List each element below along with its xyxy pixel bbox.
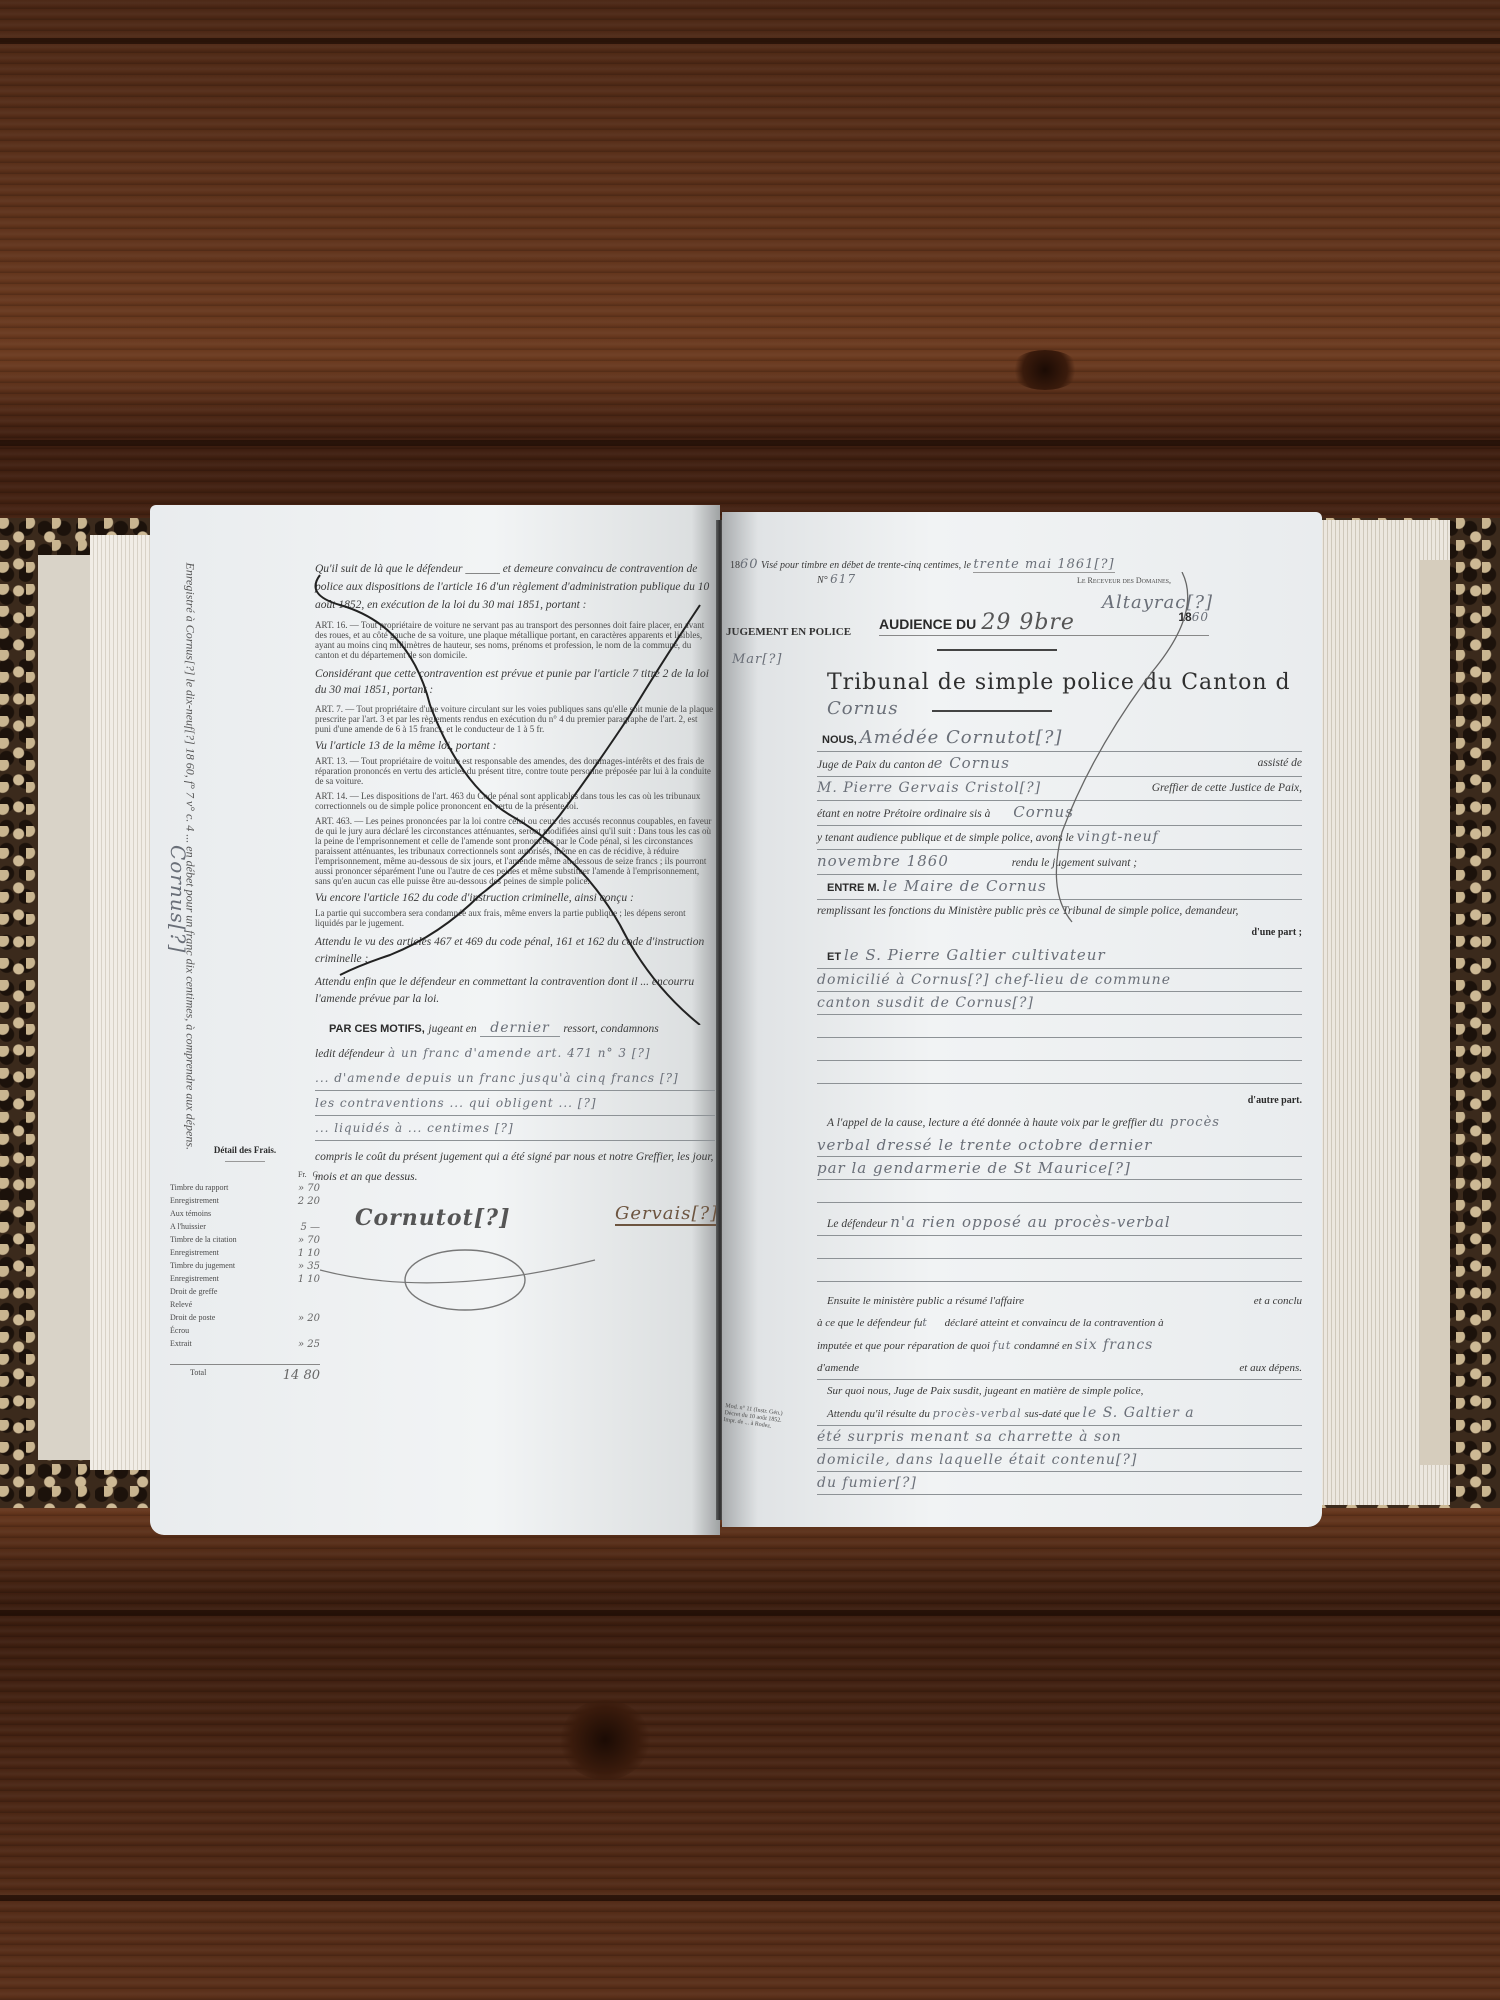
frais-total: Total14 80 bbox=[170, 1364, 320, 1381]
frais-row: Enregistrement2 20 bbox=[170, 1196, 320, 1209]
margin-signature: Cornus[?] bbox=[166, 845, 190, 953]
wood-knot bbox=[560, 1700, 650, 1780]
book-board-right bbox=[1420, 560, 1450, 1465]
judge-signature: Cornutot[?] bbox=[355, 1205, 510, 1231]
signature-flourish bbox=[315, 1240, 615, 1320]
verdict-hand-line: ... d'amende depuis un franc jusqu'à cin… bbox=[315, 1066, 715, 1091]
tribunal-canton-hand: Cornus bbox=[827, 698, 899, 719]
frais-row: Enregistrement1 10 bbox=[170, 1274, 320, 1287]
frais-header: Fr. C. bbox=[170, 1170, 320, 1183]
verdict-hand-line: à un franc d'amende art. 471 n° 3 [?] bbox=[388, 1046, 651, 1060]
appel-row: A l'appel de la cause, lecture a été don… bbox=[817, 1112, 1302, 1134]
frais-row: Relevé bbox=[170, 1300, 320, 1313]
defendeur-row: Le défendeur n'a rien opposé au procès-v… bbox=[817, 1211, 1302, 1236]
frais-divider bbox=[225, 1161, 265, 1162]
right-page: 1860 Visé pour timbre en débet de trente… bbox=[722, 512, 1322, 1527]
verdict-hand-line: ... liquidés à ... centimes [?] bbox=[315, 1116, 715, 1141]
frais-row: Droit de poste» 20 bbox=[170, 1313, 320, 1326]
clerk-signature: Gervais[?] bbox=[615, 1203, 718, 1226]
blank-line bbox=[817, 1061, 1302, 1084]
defendant-hand-line: canton susdit de Cornus[?] bbox=[817, 992, 1302, 1015]
ceque-row: à ce que le défendeur fut déclaré attein… bbox=[817, 1312, 1302, 1334]
timbre-stamp-line: 1860 Visé pour timbre en débet de trente… bbox=[730, 557, 1310, 572]
verdict-closing: compris le coût du présent jugement qui … bbox=[315, 1147, 715, 1187]
frais-row: Extrait» 25 bbox=[170, 1339, 320, 1352]
table-plank-gap bbox=[0, 38, 1500, 44]
right-page-stroke bbox=[952, 572, 1252, 932]
table-plank-gap bbox=[0, 440, 1500, 446]
frais-row: Droit de greffe bbox=[170, 1287, 320, 1300]
defendant-hand: le S. Pierre Galtier cultivateur bbox=[844, 946, 1106, 964]
cut-margin-hand: Mar[?] bbox=[732, 652, 782, 667]
attendu-hand-line: domicile, dans laquelle était contenu[?] bbox=[817, 1449, 1302, 1472]
frais-row: Timbre de la citation» 70 bbox=[170, 1235, 320, 1248]
imputee-row: imputée et que pour réparation de quoi f… bbox=[817, 1334, 1302, 1357]
blank-line bbox=[817, 1259, 1302, 1282]
amende-row: d'amende et aux dépens. bbox=[817, 1357, 1302, 1380]
verdict-block: PAR CES MOTIFS, jugeant en dernier resso… bbox=[315, 1016, 715, 1187]
left-page: Enregistré à Cornus[?] le dix-neuf[?] 18… bbox=[150, 505, 720, 1535]
autre-part: d'autre part. bbox=[817, 1090, 1302, 1112]
verdict-hand-line: les contraventions ... qui obligent ... … bbox=[315, 1091, 715, 1116]
defendeur-hand: n'a rien opposé au procès-verbal bbox=[890, 1213, 1170, 1231]
defendant-hand-line: domicilié à Cornus[?] chef-lieu de commu… bbox=[817, 969, 1302, 992]
timbre-date-hand: trente mai 1861[?] bbox=[973, 557, 1114, 573]
stamp-number: N° 617 bbox=[817, 572, 856, 586]
appel-hand-line: par la gendarmerie de St Maurice[?] bbox=[817, 1157, 1302, 1180]
ensuite-row: Ensuite le ministère public a résumé l'a… bbox=[817, 1290, 1302, 1312]
blank-line bbox=[817, 1015, 1302, 1038]
frais-title: Détail des Frais. bbox=[170, 1145, 320, 1155]
frais-row: Timbre du rapport» 70 bbox=[170, 1183, 320, 1196]
frais-row: Écrou bbox=[170, 1326, 320, 1339]
cancellation-strokes bbox=[300, 555, 720, 1025]
table-plank-gap bbox=[0, 1610, 1500, 1616]
signatures: Cornutot[?] Gervais[?] bbox=[315, 1195, 715, 1315]
frais-row: Timbre du jugement» 35 bbox=[170, 1261, 320, 1274]
surquoi-row: Sur quoi nous, Juge de Paix susdit, juge… bbox=[817, 1380, 1302, 1402]
frais-row: Enregistrement1 10 bbox=[170, 1248, 320, 1261]
cut-margin-heading: JUGEMENT EN POLICE bbox=[726, 627, 851, 637]
appel-hand-line: verbal dressé le trente octobre dernier bbox=[817, 1134, 1302, 1157]
attendu-hand-line: été surpris menant sa charrette à son bbox=[817, 1426, 1302, 1449]
blank-line bbox=[817, 1180, 1302, 1203]
amende-amount-hand: six francs bbox=[1075, 1337, 1153, 1353]
frais-row: A l'huissier5 — bbox=[170, 1222, 320, 1235]
et-row: ET le S. Pierre Galtier cultivateur bbox=[817, 944, 1302, 969]
blank-line bbox=[817, 1038, 1302, 1061]
frais-row: Aux témoins bbox=[170, 1209, 320, 1222]
attendu-row: Attendu qu'il résulte du procès-verbal s… bbox=[817, 1402, 1302, 1426]
blank-line bbox=[817, 1236, 1302, 1259]
table-plank-gap bbox=[0, 1895, 1500, 1901]
attendu-hand-line: du fumier[?] bbox=[817, 1472, 1302, 1495]
wood-knot bbox=[1010, 350, 1080, 390]
printer-imprint: Mod. n° 11 (Instr. Gén.) Décret du 10 ao… bbox=[723, 1403, 783, 1432]
frais-table: Détail des Frais. Fr. C. Timbre du rappo… bbox=[170, 1145, 320, 1381]
